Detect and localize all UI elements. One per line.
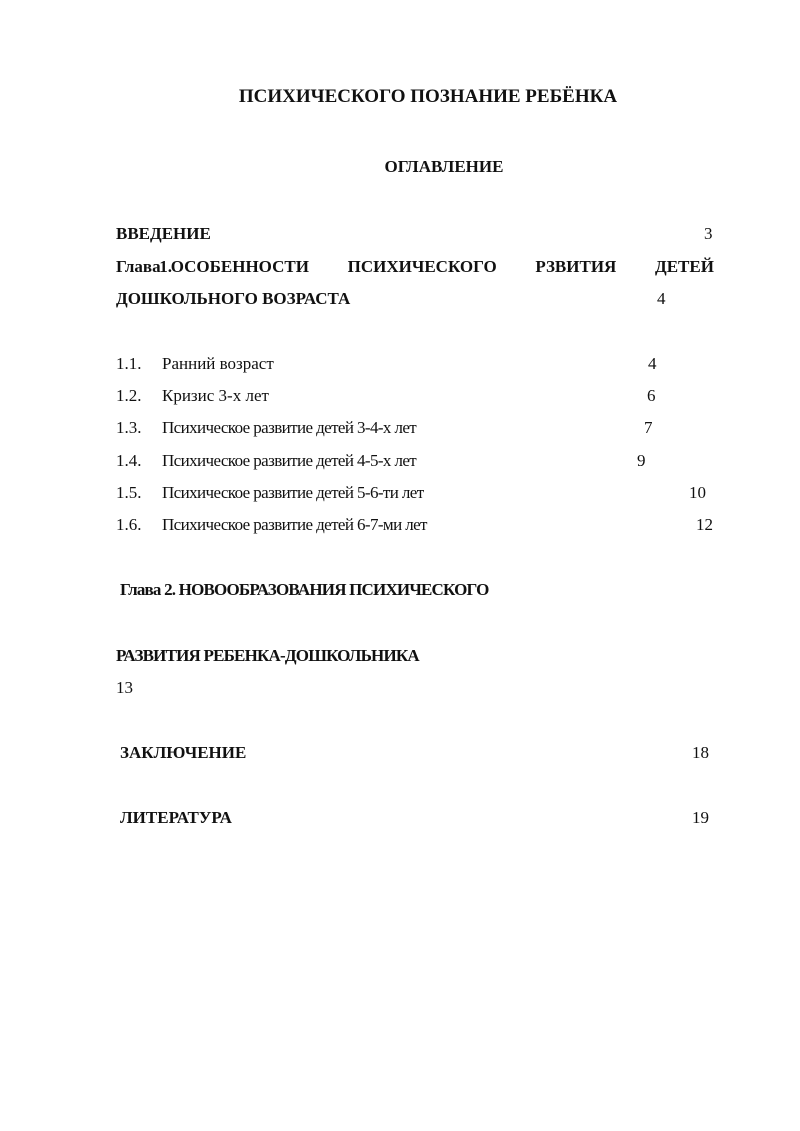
toc-section-number: 1.3. — [116, 418, 142, 438]
toc-section-label[interactable]: Кризис 3-х лет — [162, 386, 269, 406]
toc-page-chapter2: 13 — [116, 678, 133, 698]
toc-entry-conclusion[interactable]: ЗАКЛЮЧЕНИЕ — [120, 743, 246, 763]
toc-section-label[interactable]: Психическое развитие детей 3-4-х лет — [162, 418, 416, 438]
toc-section-page: 6 — [647, 386, 656, 406]
chapter1-word: РЗВИТИЯ — [535, 257, 616, 277]
toc-section-number: 1.5. — [116, 483, 142, 503]
toc-section-page: 12 — [696, 515, 713, 535]
toc-section-label[interactable]: Психическое развитие детей 4-5-х лет — [162, 451, 416, 471]
chapter1-word: ДЕТЕЙ — [655, 257, 714, 277]
toc-section-page: 10 — [689, 483, 706, 503]
toc-entry-literature[interactable]: ЛИТЕРАТУРА — [120, 808, 232, 828]
chapter1-word: ПСИХИЧЕСКОГО — [348, 257, 497, 277]
document-title: ПСИХИЧЕСКОГО ПОЗНАНИЕ РЕБЁНКА — [0, 86, 800, 108]
toc-page-introduction: 3 — [704, 224, 713, 244]
toc-section-page: 9 — [637, 451, 646, 471]
toc-heading: ОГЛАВЛЕНИЕ — [0, 157, 800, 177]
toc-section-label[interactable]: Ранний возраст — [162, 354, 274, 374]
toc-entry-chapter1-line2[interactable]: ДОШКОЛЬНОГО ВОЗРАСТА — [116, 289, 350, 309]
toc-section-number: 1.6. — [116, 515, 142, 535]
toc-page-chapter1: 4 — [657, 289, 666, 309]
toc-page-literature: 19 — [692, 808, 709, 828]
toc-section-label[interactable]: Психическое развитие детей 6-7-ми лет — [162, 515, 427, 535]
chapter1-word: ОСОБЕННОСТИ — [171, 257, 309, 277]
toc-entry-introduction[interactable]: ВВЕДЕНИЕ — [116, 224, 211, 244]
toc-entry-chapter2-line1[interactable]: Глава 2. НОВООБРАЗОВАНИЯ ПСИХИЧЕСКОГО — [120, 580, 489, 600]
toc-section-page: 7 — [644, 418, 653, 438]
toc-section-page: 4 — [648, 354, 657, 374]
toc-section-number: 1.4. — [116, 451, 142, 471]
toc-entry-chapter1-line1[interactable]: Глава 1. ОСОБЕННОСТИ ПСИХИЧЕСКОГО РЗВИТИ… — [116, 257, 714, 277]
toc-section-number: 1.2. — [116, 386, 142, 406]
toc-section-number: 1.1. — [116, 354, 142, 374]
toc-section-label[interactable]: Психическое развитие детей 5-6-ти лет — [162, 483, 424, 503]
toc-page-conclusion: 18 — [692, 743, 709, 763]
chapter1-word: Глава — [116, 257, 161, 277]
toc-entry-chapter2-line2[interactable]: РАЗВИТИЯ РЕБЕНКА-ДОШКОЛЬНИКА — [116, 646, 419, 666]
